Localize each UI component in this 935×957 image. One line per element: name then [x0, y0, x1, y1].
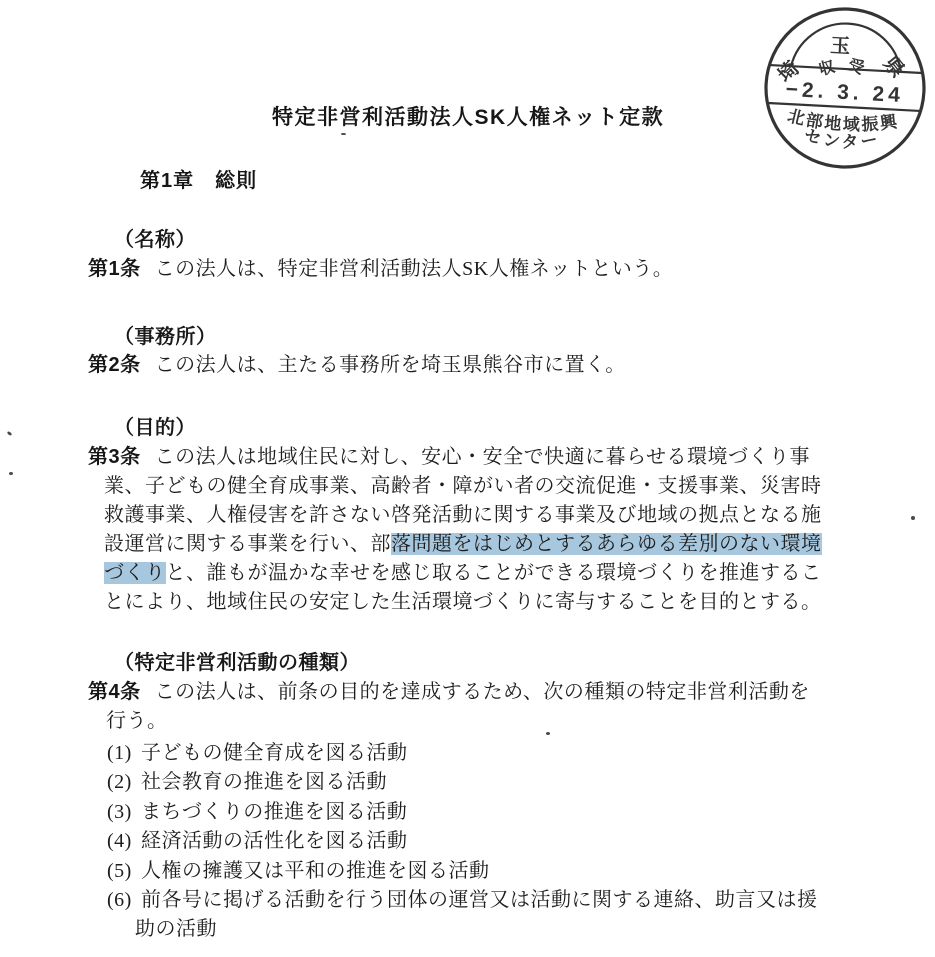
- scan-artifact: [911, 516, 915, 520]
- activity-item-3-text: まちづくりの推進を図る活動: [141, 801, 407, 823]
- activity-item-5-number: (5): [107, 860, 137, 883]
- article-3-line-1: 第3条この法人は地域住民に対し、安心・安全で快適に暮らせる環境づくり事: [88, 440, 810, 469]
- activity-item-4: (4)経済活動の活性化を図る活動: [107, 824, 408, 853]
- highlighted-text-line-5: づくり: [104, 562, 166, 584]
- activity-item-5-text: 人権の擁護又は平和の推進を図る活動: [141, 860, 490, 882]
- article-4-line-2: 行う。: [106, 704, 168, 733]
- scan-artifact: [341, 133, 346, 135]
- article-1-label: （名称）: [114, 223, 196, 252]
- article-3-line-2: 業、子どもの健全育成事業、高齢者・障がい者の交流促進・支援事業、災害時: [104, 469, 822, 498]
- receipt-stamp: 埼 玉 県 収受 −2. 3. 24 北部地域振興 センター: [757, 2, 933, 174]
- article-1-line: 第1条この法人は、特定非営利活動法人SK人権ネットという。: [88, 252, 673, 281]
- stamp-date-text: −2. 3. 24: [785, 78, 904, 107]
- article-3-line-6: とにより、地域住民の安定した生活環境づくりに寄与することを目的とする。: [104, 585, 822, 614]
- scan-artifact: [7, 431, 13, 436]
- article-2-line: 第2条この法人は、主たる事務所を埼玉県熊谷市に置く。: [88, 348, 626, 377]
- activity-item-5: (5)人権の擁護又は平和の推進を図る活動: [107, 854, 490, 883]
- chapter-heading: 第1章 総則: [140, 164, 257, 193]
- article-2-text: この法人は、主たる事務所を埼玉県熊谷市に置く。: [155, 354, 626, 376]
- article-3-label: （目的）: [114, 411, 196, 440]
- article-3-text-5-post: と、誰もが温かな幸せを感じ取ることができる環境づくりを推進するこ: [166, 562, 822, 584]
- document-title: 特定非営利活動法人SK人権ネット定款: [272, 101, 664, 131]
- article-3-line-3: 救護事業、人権侵害を許さない啓発活動に関する事業及び地域の拠点となる施: [104, 498, 822, 527]
- article-4-label: （特定非営利活動の種類）: [114, 646, 360, 675]
- article-4-number: 第4条: [88, 681, 141, 703]
- article-3-line-5: づくりと、誰もが温かな幸せを感じ取ることができる環境づくりを推進するこ: [104, 556, 822, 585]
- activity-item-2-text: 社会教育の推進を図る活動: [141, 771, 387, 793]
- activity-item-4-text: 経済活動の活性化を図る活動: [141, 830, 408, 852]
- scan-artifact: [9, 472, 13, 475]
- activity-item-4-number: (4): [107, 830, 137, 853]
- activity-item-1: (1)子どもの健全育成を図る活動: [107, 736, 408, 765]
- activity-item-2-number: (2): [107, 771, 137, 794]
- activity-item-3-number: (3): [107, 801, 137, 824]
- article-2-number: 第2条: [88, 354, 141, 376]
- activity-item-6-text: 前各号に掲げる活動を行う団体の運営又は活動に関する連絡、助言又は援: [141, 889, 818, 911]
- article-3-text-4-pre: 設運営に関する事業を行い、部: [104, 533, 391, 555]
- activity-item-6: (6)前各号に掲げる活動を行う団体の運営又は活動に関する連絡、助言又は援: [107, 883, 818, 912]
- activity-item-1-text: 子どもの健全育成を図る活動: [141, 742, 408, 764]
- receipt-stamp-graphic: 埼 玉 県 収受 −2. 3. 24 北部地域振興 センター: [757, 2, 933, 174]
- article-2-label: （事務所）: [114, 320, 217, 349]
- article-3-line-4: 設運営に関する事業を行い、部落問題をはじめとするあらゆる差別のない環境: [104, 527, 822, 556]
- article-1-number: 第1条: [88, 258, 141, 280]
- activity-item-3: (3)まちづくりの推進を図る活動: [107, 795, 407, 824]
- activity-item-6-number: (6): [107, 889, 137, 912]
- activity-item-6-continuation: 助の活動: [135, 912, 217, 941]
- article-3-number: 第3条: [88, 446, 141, 468]
- article-4-text-1: この法人は、前条の目的を達成するため、次の種類の特定非営利活動を: [155, 681, 810, 703]
- highlighted-text-line-4: 落問題をはじめとするあらゆる差別のない環境: [391, 533, 822, 555]
- article-1-text: この法人は、特定非営利活動法人SK人権ネットという。: [155, 258, 674, 280]
- activity-item-1-number: (1): [107, 742, 137, 765]
- scan-artifact: [546, 732, 550, 735]
- article-3-text-1: この法人は地域住民に対し、安心・安全で快適に暮らせる環境づくり事: [155, 446, 810, 468]
- article-4-line-1: 第4条この法人は、前条の目的を達成するため、次の種類の特定非営利活動を: [88, 675, 810, 704]
- activity-item-2: (2)社会教育の推進を図る活動: [107, 765, 387, 794]
